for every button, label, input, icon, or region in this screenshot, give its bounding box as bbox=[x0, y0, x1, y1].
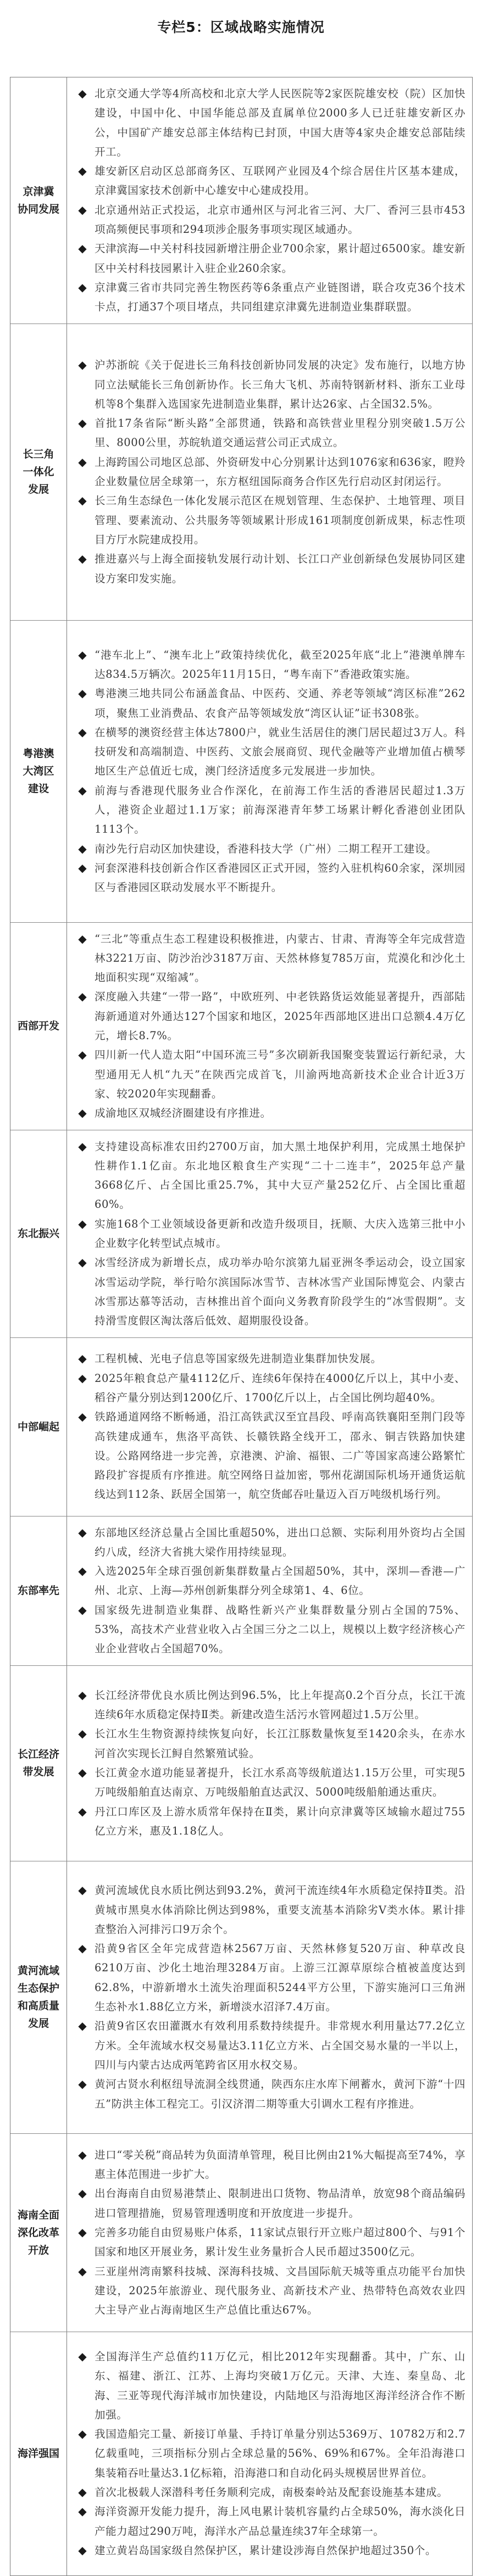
diamond-bullet-icon: ◆ bbox=[70, 2075, 95, 2094]
item-text: 建立黄岩岛国家级自然保护区，累计建设涉海自然保护地超过350个。 bbox=[95, 2541, 466, 2560]
row-content: ◆沪苏浙皖《关于促进长三角科技创新协同发展的决定》发布施行，以地方协同立法赋能长… bbox=[67, 324, 472, 620]
list-item: ◆沿黄9省区农田灌溉水有效利用系数持续提升。非常规水利用量达77.2亿立方米。全… bbox=[70, 2016, 466, 2075]
row-content: ◆“港车北上”、“澳车北上”政策持续优化，截至2025年底“北上”港澳单牌车达8… bbox=[67, 621, 472, 922]
item-text: 全国海洋生产总值约11万亿元，相比2012年实现翻番。其中，广东、山东、福建、浙… bbox=[95, 2347, 466, 2424]
item-text: 南沙先行启动区加快建设，香港科技大学（广州）二期工程开工建设。 bbox=[95, 839, 466, 858]
item-text: “港车北上”、“澳车北上”政策持续优化，截至2025年底“北上”港澳单牌车达83… bbox=[95, 645, 466, 684]
list-item: ◆实施168个工业领域设备更新和改造升级项目，抚顺、大庆入选第三批中小企业数字化… bbox=[70, 1214, 466, 1253]
diamond-bullet-icon: ◆ bbox=[70, 2262, 95, 2281]
diamond-bullet-icon: ◆ bbox=[70, 1562, 95, 1581]
list-item: ◆丹江口库区及上游水质常年保持在Ⅱ类，累计向京津冀等区域输水超过755亿立方米，… bbox=[70, 1802, 466, 1841]
diamond-bullet-icon: ◆ bbox=[70, 1939, 95, 1958]
table-row: 粤港澳大湾区建设◆“港车北上”、“澳车北上”政策持续优化，截至2025年底“北上… bbox=[10, 620, 472, 922]
item-text: 我国造船完工量、新接订单量、手持订单量分别达5369万、10782万和2.7亿载… bbox=[95, 2424, 466, 2483]
diamond-bullet-icon: ◆ bbox=[70, 2424, 95, 2444]
row-label: 京津冀协同发展 bbox=[10, 77, 67, 324]
table-row: 西部开发◆“三北”等重点生态工程建设积极推进，内蒙古、甘肃、青海等全年完成营造林… bbox=[10, 922, 472, 1130]
list-item: ◆南沙先行启动区加快建设，香港科技大学（广州）二期工程开工建设。 bbox=[70, 839, 466, 858]
list-item: ◆海洋资源开发能力提升，海上风电累计装机容量约占全球50%，海水淡化日产能力超过… bbox=[70, 2502, 466, 2541]
table-row: 长江经济带发展◆长江经济带优良水质比例达到96.5%，比上年提高0.2个百分点，… bbox=[10, 1665, 472, 1861]
row-content: ◆全国海洋生产总值约11万亿元，相比2012年实现翻番。其中，广东、山东、福建、… bbox=[67, 2332, 472, 2575]
diamond-bullet-icon: ◆ bbox=[70, 987, 95, 1006]
item-text: 国家级先进制造业集群、战略性新兴产业集群数量分别占全国的75%、53%，高技术产… bbox=[95, 1601, 466, 1659]
item-text: 丹江口库区及上游水质常年保持在Ⅱ类，累计向京津冀等区域输水超过755亿立方米，惠… bbox=[95, 1802, 466, 1841]
list-item: ◆“港车北上”、“澳车北上”政策持续优化，截至2025年底“北上”港澳单牌车达8… bbox=[70, 645, 466, 684]
row-label: 黄河流域生态保护和高质量发展 bbox=[10, 1861, 67, 2133]
row-label: 西部开发 bbox=[10, 923, 67, 1130]
item-text: 黄河流域优良水质比例达到93.2%，黄河干流连续4年水质稳定保持Ⅱ类。沿黄城市黑… bbox=[95, 1881, 466, 1939]
diamond-bullet-icon: ◆ bbox=[70, 239, 95, 258]
diamond-bullet-icon: ◆ bbox=[70, 2347, 95, 2366]
list-item: ◆在横琴的澳资经营主体达7800户，就业生活居住的澳门居民超过3万人。科技研发和… bbox=[70, 723, 466, 781]
item-text: 沪苏浙皖《关于促进长三角科技创新协同发展的决定》发布施行，以地方协同立法赋能长三… bbox=[95, 355, 466, 414]
table-row: 京津冀协同发展◆北京交通大学等4所高校和北京大学人民医院等2家医院雄安校（院）区… bbox=[10, 77, 472, 324]
diamond-bullet-icon: ◆ bbox=[70, 1137, 95, 1156]
table-row: 东部率先◆东部地区经济总量占全国比重超50%，进出口总额、实际利用外资均占全国约… bbox=[10, 1516, 472, 1665]
item-text: 北京通州站正式投运，北京市通州区与河北省三河、大厂、香河三县市453项高频便民事… bbox=[95, 200, 466, 239]
item-text: 进口“零关税”商品转为负面清单管理，税目比例由21%大幅提高至74%，享惠主体范… bbox=[95, 2145, 466, 2184]
item-text: 海洋资源开发能力提升，海上风电累计装机容量约占全球50%，海水淡化日产能力超过2… bbox=[95, 2502, 466, 2541]
item-text: 实施168个工业领域设备更新和改造升级项目，抚顺、大庆入选第三批中小企业数字化转… bbox=[95, 1214, 466, 1253]
list-item: ◆2025年粮食总产量4112亿斤、连续6年保持在4000亿斤以上，其中小麦、稻… bbox=[70, 1369, 466, 1408]
diamond-bullet-icon: ◆ bbox=[70, 200, 95, 220]
item-text: 首次北极载人深潜科考任务顺利完成，南极秦岭站及配套设施基本建成。 bbox=[95, 2483, 466, 2502]
diamond-bullet-icon: ◆ bbox=[70, 2145, 95, 2165]
diamond-bullet-icon: ◆ bbox=[70, 1763, 95, 1782]
table-row: 中部崛起◆工程机械、光电子信息等国家级先进制造业集群加快发展。◆2025年粮食总… bbox=[10, 1337, 472, 1516]
item-text: 长三角生态绿色一体化发展示范区在规划管理、生态保护、土地管理、项目管理、要素流动… bbox=[95, 491, 466, 549]
list-item: ◆黄河古贤水利枢纽导流洞全线贯通，陕西东庄水库下闸蓄水，黄河下游“十四五”防洪主… bbox=[70, 2075, 466, 2114]
list-item: ◆首批17条省际“断头路”全部贯通，铁路和高铁营业里程分别突破1.5万公里、80… bbox=[70, 414, 466, 453]
item-text: 前海与香港现代服务业合作深化，在前海工作生活的香港居民超过1.3万人，港资企业超… bbox=[95, 781, 466, 839]
row-content: ◆长江经济带优良水质比例达到96.5%，比上年提高0.2个百分点，长江干流连续6… bbox=[67, 1666, 472, 1861]
item-text: 粤港澳三地共同公布涵盖食品、中医药、交通、养老等领域“湾区标准”262项，聚焦工… bbox=[95, 684, 466, 723]
diamond-bullet-icon: ◆ bbox=[70, 1369, 95, 1388]
row-label: 东部率先 bbox=[10, 1516, 67, 1665]
list-item: ◆长三角生态绿色一体化发展示范区在规划管理、生态保护、土地管理、项目管理、要素流… bbox=[70, 491, 466, 549]
list-item: ◆黄河流域优良水质比例达到93.2%，黄河干流连续4年水质稳定保持Ⅱ类。沿黄城市… bbox=[70, 1881, 466, 1939]
list-item: ◆长江黄金水道功能显著提升，长江水系高等级航道达1.15万公里，可实现5万吨级船… bbox=[70, 1763, 466, 1802]
item-text: 推进嘉兴与上海全面接轨发展行动计划、长江口产业创新绿色发展协同区建设方案印发实施… bbox=[95, 549, 466, 588]
list-item: ◆工程机械、光电子信息等国家级先进制造业集群加快发展。 bbox=[70, 1349, 466, 1368]
list-item: ◆沿黄9省区全年完成营造林2567万亩、天然林修复520万亩、种草改良6210万… bbox=[70, 1939, 466, 2016]
item-text: 沿黄9省区农田灌溉水有效利用系数持续提升。非常规水利用量达77.2亿立方米。全年… bbox=[95, 2016, 466, 2075]
list-item: ◆长江经济带优良水质比例达到96.5%，比上年提高0.2个百分点，长江干流连续6… bbox=[70, 1686, 466, 1725]
table-row: 海洋强国◆全国海洋生产总值约11万亿元，相比2012年实现翻番。其中，广东、山东… bbox=[10, 2332, 472, 2575]
row-label: 海南全面深化改革开放 bbox=[10, 2134, 67, 2332]
list-item: ◆上海跨国公司地区总部、外资研发中心分别累计达到1076家和636家，瞪羚企业数… bbox=[70, 453, 466, 492]
item-text: 沿黄9省区全年完成营造林2567万亩、天然林修复520万亩、种草改良6210万亩… bbox=[95, 1939, 466, 2016]
diamond-bullet-icon: ◆ bbox=[70, 549, 95, 568]
list-item: ◆京津冀三省市共同完善生物医药等6条重点产业链图谱，联合攻克36个技术卡点，打通… bbox=[70, 278, 466, 317]
list-item: ◆长江水生生物资源持续恢复向好，长江江豚数量恢复至1420余头，在赤水河首次实现… bbox=[70, 1724, 466, 1763]
table-row: 长三角一体化发展◆沪苏浙皖《关于促进长三角科技创新协同发展的决定》发布施行，以地… bbox=[10, 324, 472, 620]
item-text: 出台海南自由贸易港禁止、限制进出口货物、物品清单，放宽98个商品编码进口管理措施… bbox=[95, 2184, 466, 2223]
item-text: 长江黄金水道功能显著提升，长江水系高等级航道达1.15万公里，可实现5万吨级船舶… bbox=[95, 1763, 466, 1802]
list-item: ◆出台海南自由贸易港禁止、限制进出口货物、物品清单，放宽98个商品编码进口管理措… bbox=[70, 2184, 466, 2223]
list-item: ◆完善多功能自由贸易账户体系，11家试点银行开立账户超过800个、与91个国家和… bbox=[70, 2223, 466, 2262]
diamond-bullet-icon: ◆ bbox=[70, 161, 95, 181]
item-text: 铁路通道网络不断畅通，沿江高铁武汉至宜昌段、呼南高铁襄阳至荆门段等高铁建成通车，… bbox=[95, 1407, 466, 1504]
diamond-bullet-icon: ◆ bbox=[70, 723, 95, 742]
row-label: 中部崛起 bbox=[10, 1338, 67, 1516]
diamond-bullet-icon: ◆ bbox=[70, 1214, 95, 1234]
diamond-bullet-icon: ◆ bbox=[70, 929, 95, 949]
diamond-bullet-icon: ◆ bbox=[70, 1045, 95, 1064]
diamond-bullet-icon: ◆ bbox=[70, 2483, 95, 2502]
list-item: ◆建立黄岩岛国家级自然保护区，累计建设涉海自然保护地超过350个。 bbox=[70, 2541, 466, 2560]
list-item: ◆深度融入共建“一带一路”，中欧班列、中老铁路货运效能显著提升，西部陆海新通道对… bbox=[70, 987, 466, 1045]
list-item: ◆全国海洋生产总值约11万亿元，相比2012年实现翻番。其中，广东、山东、福建、… bbox=[70, 2347, 466, 2424]
list-item: ◆雄安新区启动区总部商务区、互联网产业园及4个综合居住片区基本建成，京津冀国家技… bbox=[70, 161, 466, 200]
diamond-bullet-icon: ◆ bbox=[70, 2016, 95, 2036]
row-content: ◆进口“零关税”商品转为负面清单管理，税目比例由21%大幅提高至74%，享惠主体… bbox=[67, 2134, 472, 2332]
diamond-bullet-icon: ◆ bbox=[70, 2223, 95, 2242]
list-item: ◆支持建设高标准农田约2700万亩，加大黑土地保护利用，完成黑土地保护性耕作1.… bbox=[70, 1137, 466, 1214]
diamond-bullet-icon: ◆ bbox=[70, 1103, 95, 1123]
page-title: 专栏5：区域战略实施情况 bbox=[0, 16, 482, 36]
item-text: 支持建设高标准农田约2700万亩，加大黑土地保护利用，完成黑土地保护性耕作1.1… bbox=[95, 1137, 466, 1214]
row-label: 长江经济带发展 bbox=[10, 1666, 67, 1861]
row-label: 东北振兴 bbox=[10, 1130, 67, 1337]
item-text: 天津滨海—中关村科技园新增注册企业700余家，累计超过6500家。雄安新区中关村… bbox=[95, 239, 466, 278]
item-text: “三北”等重点生态工程建设积极推进，内蒙古、甘肃、青海等全年完成营造林3221万… bbox=[95, 929, 466, 988]
item-text: 深度融入共建“一带一路”，中欧班列、中老铁路货运效能显著提升，西部陆海新通道对外… bbox=[95, 987, 466, 1045]
list-item: ◆入选2025年全球百强创新集群数量占全国超50%，其中，深圳—香港—广州、北京… bbox=[70, 1562, 466, 1601]
list-item: ◆三亚崖州湾南繁科技城、深海科技城、文昌国际航天城等重点功能平台加快建设，202… bbox=[70, 2262, 466, 2320]
item-text: 长江经济带优良水质比例达到96.5%，比上年提高0.2个百分点，长江干流连续6年… bbox=[95, 1686, 466, 1725]
list-item: ◆推进嘉兴与上海全面接轨发展行动计划、长江口产业创新绿色发展协同区建设方案印发实… bbox=[70, 549, 466, 588]
row-content: ◆北京交通大学等4所高校和北京大学人民医院等2家医院雄安校（院）区加快建设，中国… bbox=[67, 77, 472, 324]
item-text: 四川新一代人造太阳“中国环流三号”多次刷新我国聚变装置运行新纪录，大型通用无人机… bbox=[95, 1045, 466, 1103]
list-item: ◆“三北”等重点生态工程建设积极推进，内蒙古、甘肃、青海等全年完成营造林3221… bbox=[70, 929, 466, 988]
diamond-bullet-icon: ◆ bbox=[70, 1407, 95, 1426]
list-item: ◆北京通州站正式投运，北京市通州区与河北省三河、大厂、香河三县市453项高频便民… bbox=[70, 200, 466, 239]
item-text: 首批17条省际“断头路”全部贯通，铁路和高铁营业里程分别突破1.5万公里、800… bbox=[95, 414, 466, 453]
diamond-bullet-icon: ◆ bbox=[70, 1724, 95, 1743]
diamond-bullet-icon: ◆ bbox=[70, 1686, 95, 1705]
item-text: 成渝地区双城经济圈建设有序推进。 bbox=[95, 1103, 466, 1123]
item-text: 入选2025年全球百强创新集群数量占全国超50%，其中，深圳—香港—广州、北京、… bbox=[95, 1562, 466, 1601]
list-item: ◆北京交通大学等4所高校和北京大学人民医院等2家医院雄安校（院）区加快建设，中国… bbox=[70, 84, 466, 161]
diamond-bullet-icon: ◆ bbox=[70, 781, 95, 800]
list-item: ◆前海与香港现代服务业合作深化，在前海工作生活的香港居民超过1.3万人，港资企业… bbox=[70, 781, 466, 839]
item-text: 完善多功能自由贸易账户体系，11家试点银行开立账户超过800个、与91个国家和地… bbox=[95, 2223, 466, 2262]
row-content: ◆黄河流域优良水质比例达到93.2%，黄河干流连续4年水质稳定保持Ⅱ类。沿黄城市… bbox=[67, 1861, 472, 2133]
diamond-bullet-icon: ◆ bbox=[70, 645, 95, 665]
item-text: 长江水生生物资源持续恢复向好，长江江豚数量恢复至1420余头，在赤水河首次实现长… bbox=[95, 1724, 466, 1763]
list-item: ◆进口“零关税”商品转为负面清单管理，税目比例由21%大幅提高至74%，享惠主体… bbox=[70, 2145, 466, 2184]
diamond-bullet-icon: ◆ bbox=[70, 84, 95, 103]
table-row: 海南全面深化改革开放◆进口“零关税”商品转为负面清单管理，税目比例由21%大幅提… bbox=[10, 2133, 472, 2332]
row-content: ◆支持建设高标准农田约2700万亩，加大黑土地保护利用，完成黑土地保护性耕作1.… bbox=[67, 1130, 472, 1337]
row-content: ◆“三北”等重点生态工程建设积极推进，内蒙古、甘肃、青海等全年完成营造林3221… bbox=[67, 923, 472, 1130]
row-label: 长三角一体化发展 bbox=[10, 324, 67, 620]
list-item: ◆四川新一代人造太阳“中国环流三号”多次刷新我国聚变装置运行新纪录，大型通用无人… bbox=[70, 1045, 466, 1103]
diamond-bullet-icon: ◆ bbox=[70, 1881, 95, 1900]
diamond-bullet-icon: ◆ bbox=[70, 2541, 95, 2560]
diamond-bullet-icon: ◆ bbox=[70, 1253, 95, 1272]
diamond-bullet-icon: ◆ bbox=[70, 684, 95, 703]
row-label: 粤港澳大湾区建设 bbox=[10, 621, 67, 922]
list-item: ◆河套深港科技创新合作区香港园区正式开园，签约入驻机构60余家，深圳园区与香港园… bbox=[70, 858, 466, 897]
list-item: ◆我国造船完工量、新接订单量、手持订单量分别达5369万、10782万和2.7亿… bbox=[70, 2424, 466, 2483]
diamond-bullet-icon: ◆ bbox=[70, 2502, 95, 2521]
list-item: ◆粤港澳三地共同公布涵盖食品、中医药、交通、养老等领域“湾区标准”262项，聚焦… bbox=[70, 684, 466, 723]
diamond-bullet-icon: ◆ bbox=[70, 1523, 95, 1542]
diamond-bullet-icon: ◆ bbox=[70, 355, 95, 375]
diamond-bullet-icon: ◆ bbox=[70, 1601, 95, 1620]
diamond-bullet-icon: ◆ bbox=[70, 491, 95, 510]
item-text: 北京交通大学等4所高校和北京大学人民医院等2家医院雄安校（院）区加快建设，中国中… bbox=[95, 84, 466, 161]
diamond-bullet-icon: ◆ bbox=[70, 414, 95, 433]
diamond-bullet-icon: ◆ bbox=[70, 839, 95, 858]
diamond-bullet-icon: ◆ bbox=[70, 453, 95, 472]
list-item: ◆天津滨海—中关村科技园新增注册企业700余家，累计超过6500家。雄安新区中关… bbox=[70, 239, 466, 278]
item-text: 河套深港科技创新合作区香港园区正式开园，签约入驻机构60余家，深圳园区与香港园区… bbox=[95, 858, 466, 897]
list-item: ◆国家级先进制造业集群、战略性新兴产业集群数量分别占全国的75%、53%，高技术… bbox=[70, 1601, 466, 1659]
diamond-bullet-icon: ◆ bbox=[70, 2184, 95, 2203]
item-text: 东部地区经济总量占全国比重超50%，进出口总额、实际利用外资均占全国约八成，经济… bbox=[95, 1523, 466, 1562]
list-item: ◆首次北极载人深潜科考任务顺利完成，南极秦岭站及配套设施基本建成。 bbox=[70, 2483, 466, 2502]
row-label: 海洋强国 bbox=[10, 2332, 67, 2575]
item-text: 冰雪经济成为新增长点，成功举办哈尔滨第九届亚洲冬季运动会，设立国家冰雪运动学院，… bbox=[95, 1253, 466, 1330]
list-item: ◆成渝地区双城经济圈建设有序推进。 bbox=[70, 1103, 466, 1123]
list-item: ◆冰雪经济成为新增长点，成功举办哈尔滨第九届亚洲冬季运动会，设立国家冰雪运动学院… bbox=[70, 1253, 466, 1330]
diamond-bullet-icon: ◆ bbox=[70, 278, 95, 297]
diamond-bullet-icon: ◆ bbox=[70, 1349, 95, 1368]
row-content: ◆东部地区经济总量占全国比重超50%，进出口总额、实际利用外资均占全国约八成，经… bbox=[67, 1516, 472, 1665]
strategy-table: 京津冀协同发展◆北京交通大学等4所高校和北京大学人民医院等2家医院雄安校（院）区… bbox=[10, 77, 473, 2576]
item-text: 雄安新区启动区总部商务区、互联网产业园及4个综合居住片区基本建成，京津冀国家技术… bbox=[95, 161, 466, 200]
item-text: 京津冀三省市共同完善生物医药等6条重点产业链图谱，联合攻克36个技术卡点，打通3… bbox=[95, 278, 466, 317]
list-item: ◆沪苏浙皖《关于促进长三角科技创新协同发展的决定》发布施行，以地方协同立法赋能长… bbox=[70, 355, 466, 414]
item-text: 上海跨国公司地区总部、外资研发中心分别累计达到1076家和636家，瞪羚企业数量… bbox=[95, 453, 466, 492]
item-text: 2025年粮食总产量4112亿斤、连续6年保持在4000亿斤以上，其中小麦、稻谷… bbox=[95, 1369, 466, 1408]
list-item: ◆东部地区经济总量占全国比重超50%，进出口总额、实际利用外资均占全国约八成，经… bbox=[70, 1523, 466, 1562]
item-text: 三亚崖州湾南繁科技城、深海科技城、文昌国际航天城等重点功能平台加快建设，2025… bbox=[95, 2262, 466, 2320]
item-text: 工程机械、光电子信息等国家级先进制造业集群加快发展。 bbox=[95, 1349, 466, 1368]
item-text: 在横琴的澳资经营主体达7800户，就业生活居住的澳门居民超过3万人。科技研发和高… bbox=[95, 723, 466, 781]
row-content: ◆工程机械、光电子信息等国家级先进制造业集群加快发展。◆2025年粮食总产量41… bbox=[67, 1338, 472, 1516]
item-text: 黄河古贤水利枢纽导流洞全线贯通，陕西东庄水库下闸蓄水，黄河下游“十四五”防洪主体… bbox=[95, 2075, 466, 2114]
diamond-bullet-icon: ◆ bbox=[70, 1802, 95, 1821]
table-row: 东北振兴◆支持建设高标准农田约2700万亩，加大黑土地保护利用，完成黑土地保护性… bbox=[10, 1130, 472, 1337]
diamond-bullet-icon: ◆ bbox=[70, 858, 95, 878]
table-row: 黄河流域生态保护和高质量发展◆黄河流域优良水质比例达到93.2%，黄河干流连续4… bbox=[10, 1861, 472, 2133]
list-item: ◆铁路通道网络不断畅通，沿江高铁武汉至宜昌段、呼南高铁襄阳至荆门段等高铁建成通车… bbox=[70, 1407, 466, 1504]
